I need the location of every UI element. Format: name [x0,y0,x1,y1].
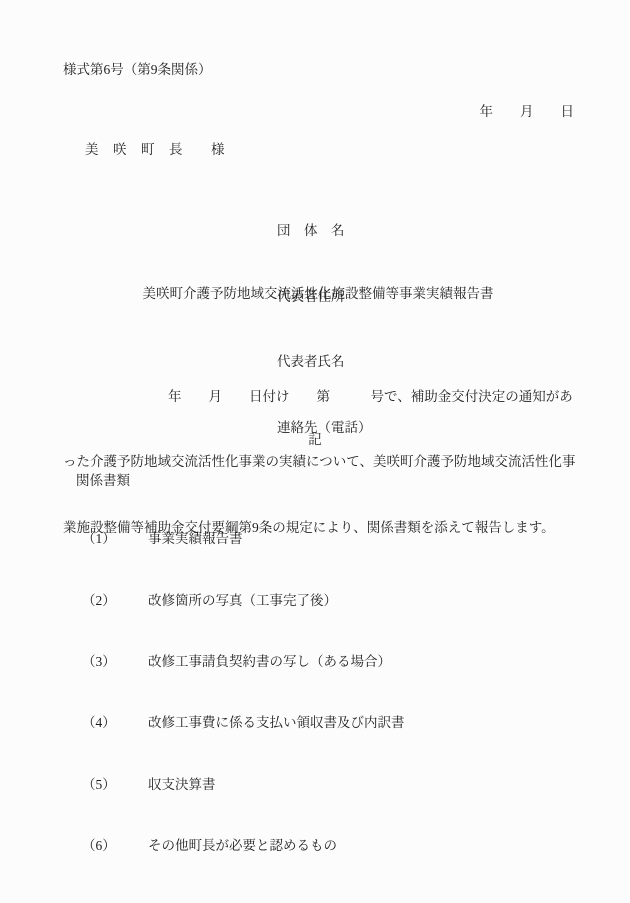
body-line-2: った介護予防地域交流活性化事業の実績について、美咲町介護予防地域交流活性化事 [63,449,569,475]
document-title: 美咲町介護予防地域交流活性化施設整備等事業実績報告書 [63,284,573,304]
item-text: 収支決算書 [148,774,216,796]
item-number: （6） [82,835,148,857]
list-item: （5） 収支決算書 [82,774,405,796]
list-item: （4） 改修工事費に係る支払い領収書及び内訳書 [82,712,405,734]
item-number: （3） [82,651,148,673]
item-number: （5） [82,774,148,796]
related-documents-list: （1） 事業実績報告書 （2） 改修箇所の写真（工事完了後） （3） 改修工事請… [82,489,405,897]
item-text: 改修箇所の写真（工事完了後） [148,590,337,612]
document-page: 様式第6号（第9条関係） 年 月 日 美 咲 町 長 様 団 体 名 代表者住所… [0,0,630,903]
item-text: その他町長が必要と認めるもの [148,835,337,857]
item-text: 改修工事費に係る支払い領収書及び内訳書 [148,712,405,734]
sender-org-name-label: 団 体 名 [277,218,372,244]
item-number: （1） [82,528,148,550]
form-number: 様式第6号（第9条関係） [63,60,212,80]
item-text: 事業実績報告書 [148,528,243,550]
date-blank-line: 年 月 日 [480,102,575,122]
list-item: （1） 事業実績報告書 [82,528,405,550]
item-number: （4） [82,712,148,734]
related-documents-heading: 関係書類 [76,471,130,491]
ki-section-heading: 記 [63,430,567,450]
body-line-1: 年 月 日付け 第 号で、補助金交付決定の通知があ [63,384,569,410]
list-item: （2） 改修箇所の写真（工事完了後） [82,590,405,612]
list-item: （3） 改修工事請負契約書の写し（ある場合） [82,651,405,673]
item-text: 改修工事請負契約書の写し（ある場合） [148,651,391,673]
list-item: （6） その他町長が必要と認めるもの [82,835,405,857]
item-number: （2） [82,590,148,612]
addressee-line: 美 咲 町 長 様 [85,140,225,160]
